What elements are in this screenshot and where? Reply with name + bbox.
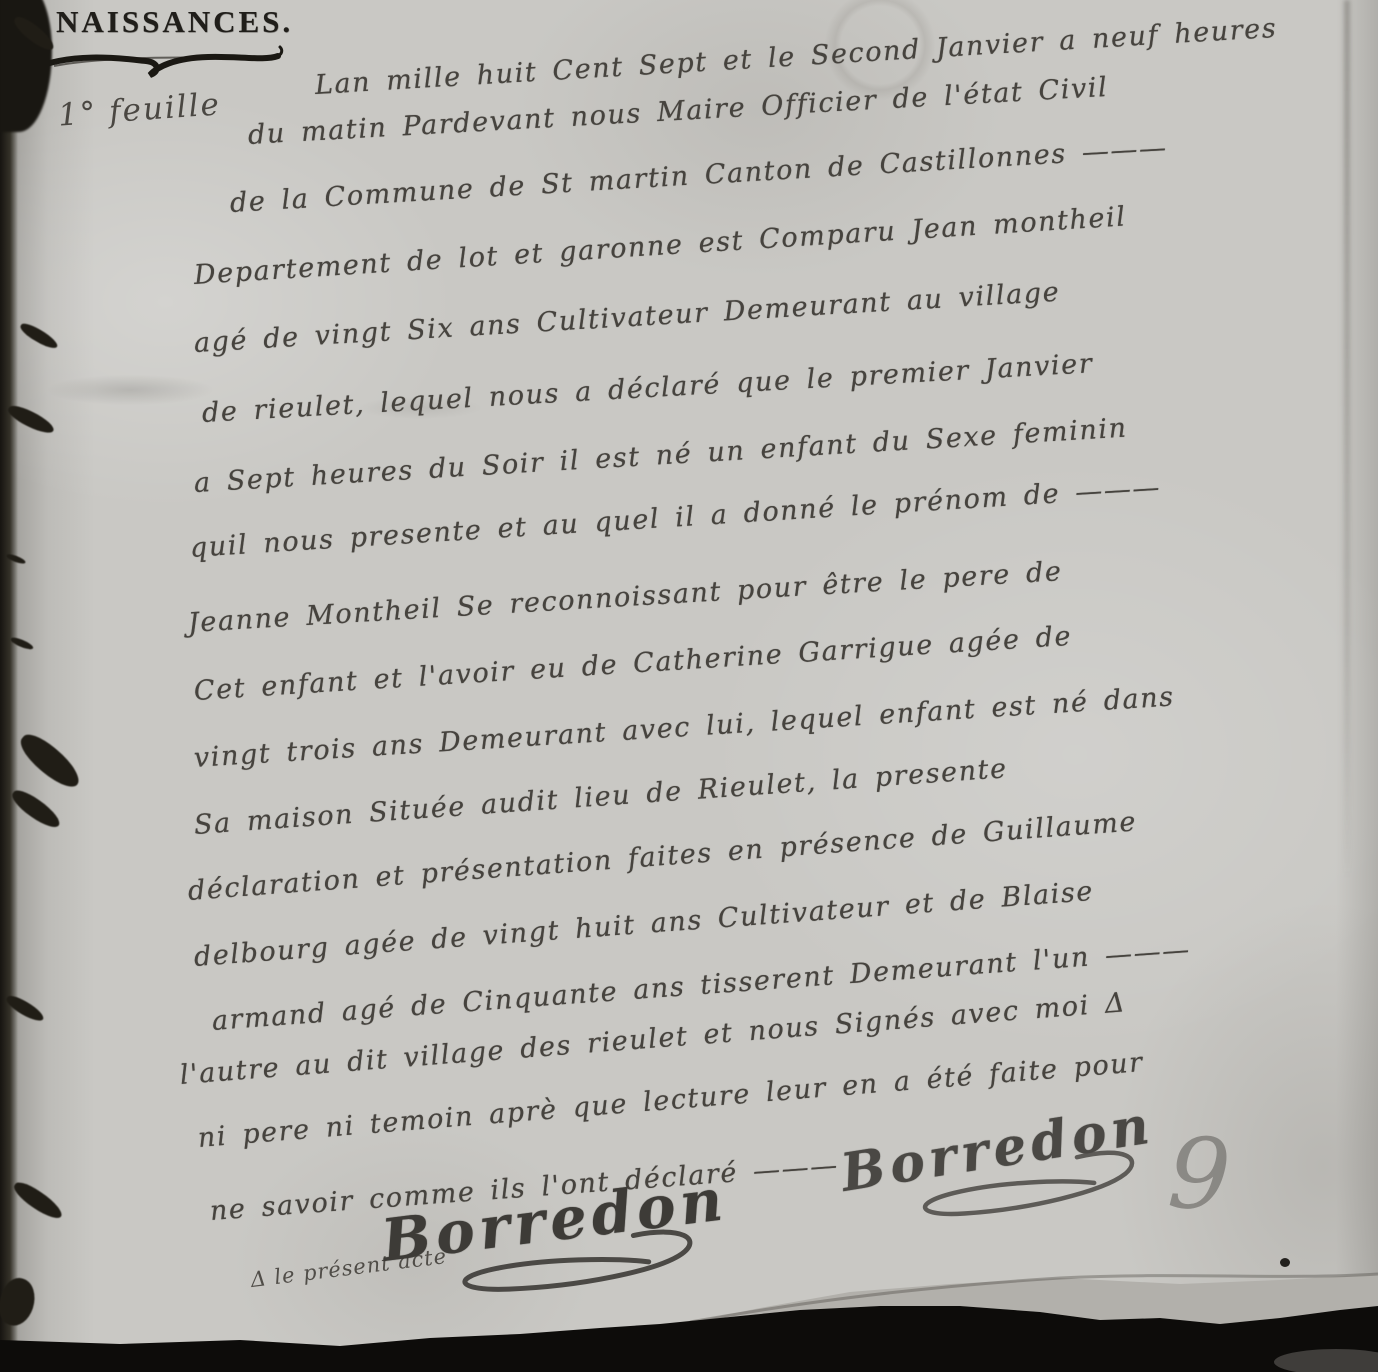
page-scan: NAISSANCES. 1° feuille Lan mille huit Ce… [0,0,1378,1372]
header-flourish [24,40,286,88]
page-header: NAISSANCES. [56,4,293,40]
paper-crease [1344,0,1350,880]
binding-edge [0,0,18,1372]
torn-bottom-edge [0,1262,1378,1372]
faint-page-numeral: 9 [1165,1116,1233,1233]
